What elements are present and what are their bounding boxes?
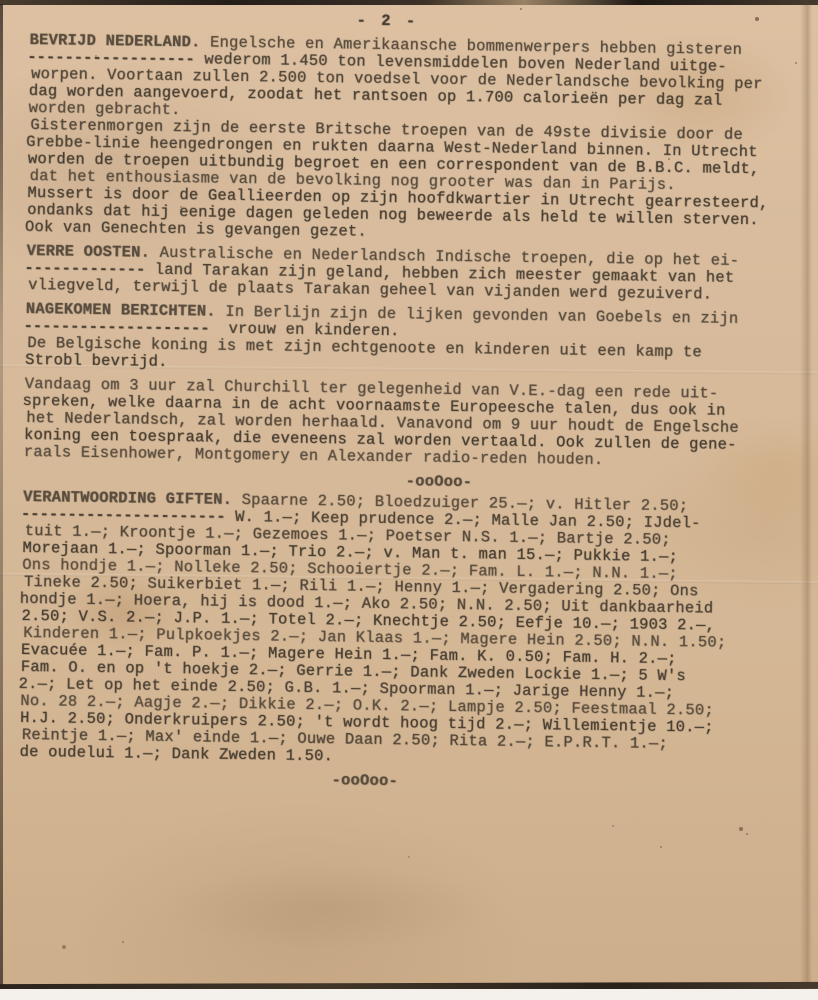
section-verantwoording-giften: VERANTWOORDING GIFTEN. Spaarne 2.50; Blo…	[19, 489, 798, 772]
page-edge-crease	[800, 0, 812, 986]
typewritten-text-block: - 2 - BEVRIJD NEDERLAND. Engelsche en Am…	[19, 8, 805, 800]
section-bevrijd-nederland: BEVRIJD NEDERLAND. Engelsche en Amerikaa…	[27, 32, 805, 247]
section-verre-oosten: VERRE OOSTEN. Australische en Nederlands…	[26, 243, 802, 305]
section-churchill-rede: Vandaag om 3 uur zal Churchill ter geleg…	[24, 376, 800, 472]
scan-edge-top	[0, 0, 818, 5]
scanned-document-page: - 2 - BEVRIJD NEDERLAND. Engelsche en Am…	[0, 0, 818, 1000]
scan-margin-bottom	[0, 989, 818, 1000]
section-nagekomen-berichten: NAGEKOMEN BERICHTEN. In Berlijn zijn de …	[25, 301, 801, 380]
scan-edge-left	[0, 4, 3, 988]
